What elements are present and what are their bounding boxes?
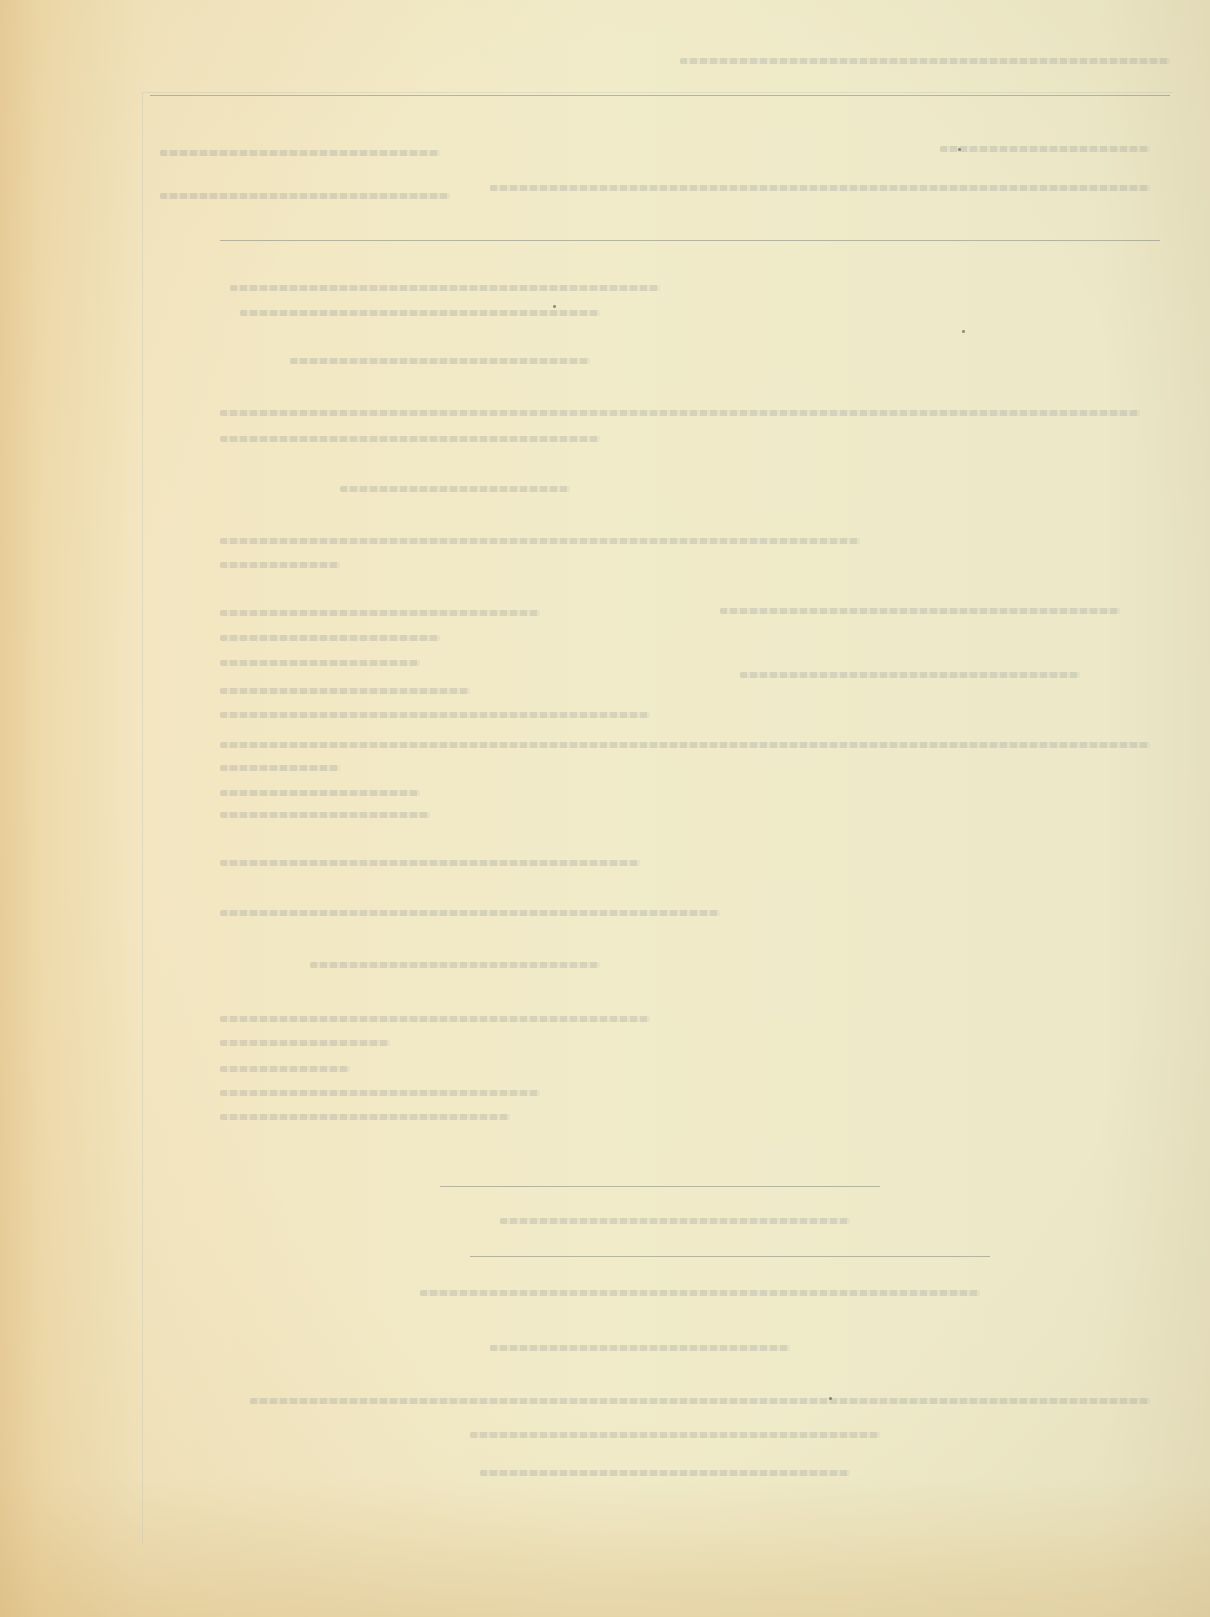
- text-line-illegible: [220, 635, 440, 641]
- text-line-illegible: [220, 436, 600, 442]
- text-line-illegible: [220, 860, 640, 866]
- text-line-illegible: [490, 185, 1150, 191]
- ink-speck: [958, 148, 961, 151]
- ink-speck: [829, 1397, 832, 1400]
- text-line-illegible: [240, 310, 600, 316]
- text-line-illegible: [740, 672, 1080, 678]
- text-line-illegible: [940, 146, 1150, 152]
- text-line-illegible: [230, 285, 660, 291]
- text-line-illegible: [220, 610, 540, 616]
- text-line-illegible: [220, 1066, 350, 1072]
- text-line-illegible: [220, 812, 430, 818]
- horizontal-rule: [470, 1256, 990, 1257]
- text-line-illegible: [220, 790, 420, 796]
- text-line-illegible: [220, 1040, 390, 1046]
- text-line-illegible: [480, 1470, 850, 1476]
- text-line-illegible: [220, 538, 860, 544]
- text-line-illegible: [340, 486, 570, 492]
- text-line-illegible: [220, 712, 650, 718]
- text-line-illegible: [220, 1016, 650, 1022]
- ink-speck: [553, 305, 556, 308]
- text-line-illegible: [490, 1345, 790, 1351]
- text-line-illegible: [220, 1114, 510, 1120]
- text-line-illegible: [220, 410, 1140, 416]
- text-line-illegible: [160, 150, 440, 156]
- horizontal-rule: [440, 1186, 880, 1187]
- text-line-illegible: [420, 1290, 980, 1296]
- text-line-illegible: [220, 742, 1150, 748]
- text-line-illegible: [470, 1432, 880, 1438]
- text-line-illegible: [220, 688, 470, 694]
- horizontal-rule: [220, 240, 1160, 241]
- text-line-illegible: [220, 910, 720, 916]
- text-line-illegible: [290, 358, 590, 364]
- ink-speck: [962, 330, 965, 333]
- text-line-illegible: [220, 1090, 540, 1096]
- text-line-illegible: [720, 608, 1120, 614]
- text-line-illegible: [310, 962, 600, 968]
- text-line-illegible: [220, 562, 340, 568]
- text-line-illegible: [220, 765, 340, 771]
- text-line-illegible: [160, 193, 450, 199]
- text-line-illegible: [500, 1218, 850, 1224]
- text-line-illegible: [680, 58, 1170, 64]
- horizontal-rule: [150, 95, 1170, 96]
- text-line-illegible: [250, 1398, 1150, 1404]
- text-line-illegible: [220, 660, 420, 666]
